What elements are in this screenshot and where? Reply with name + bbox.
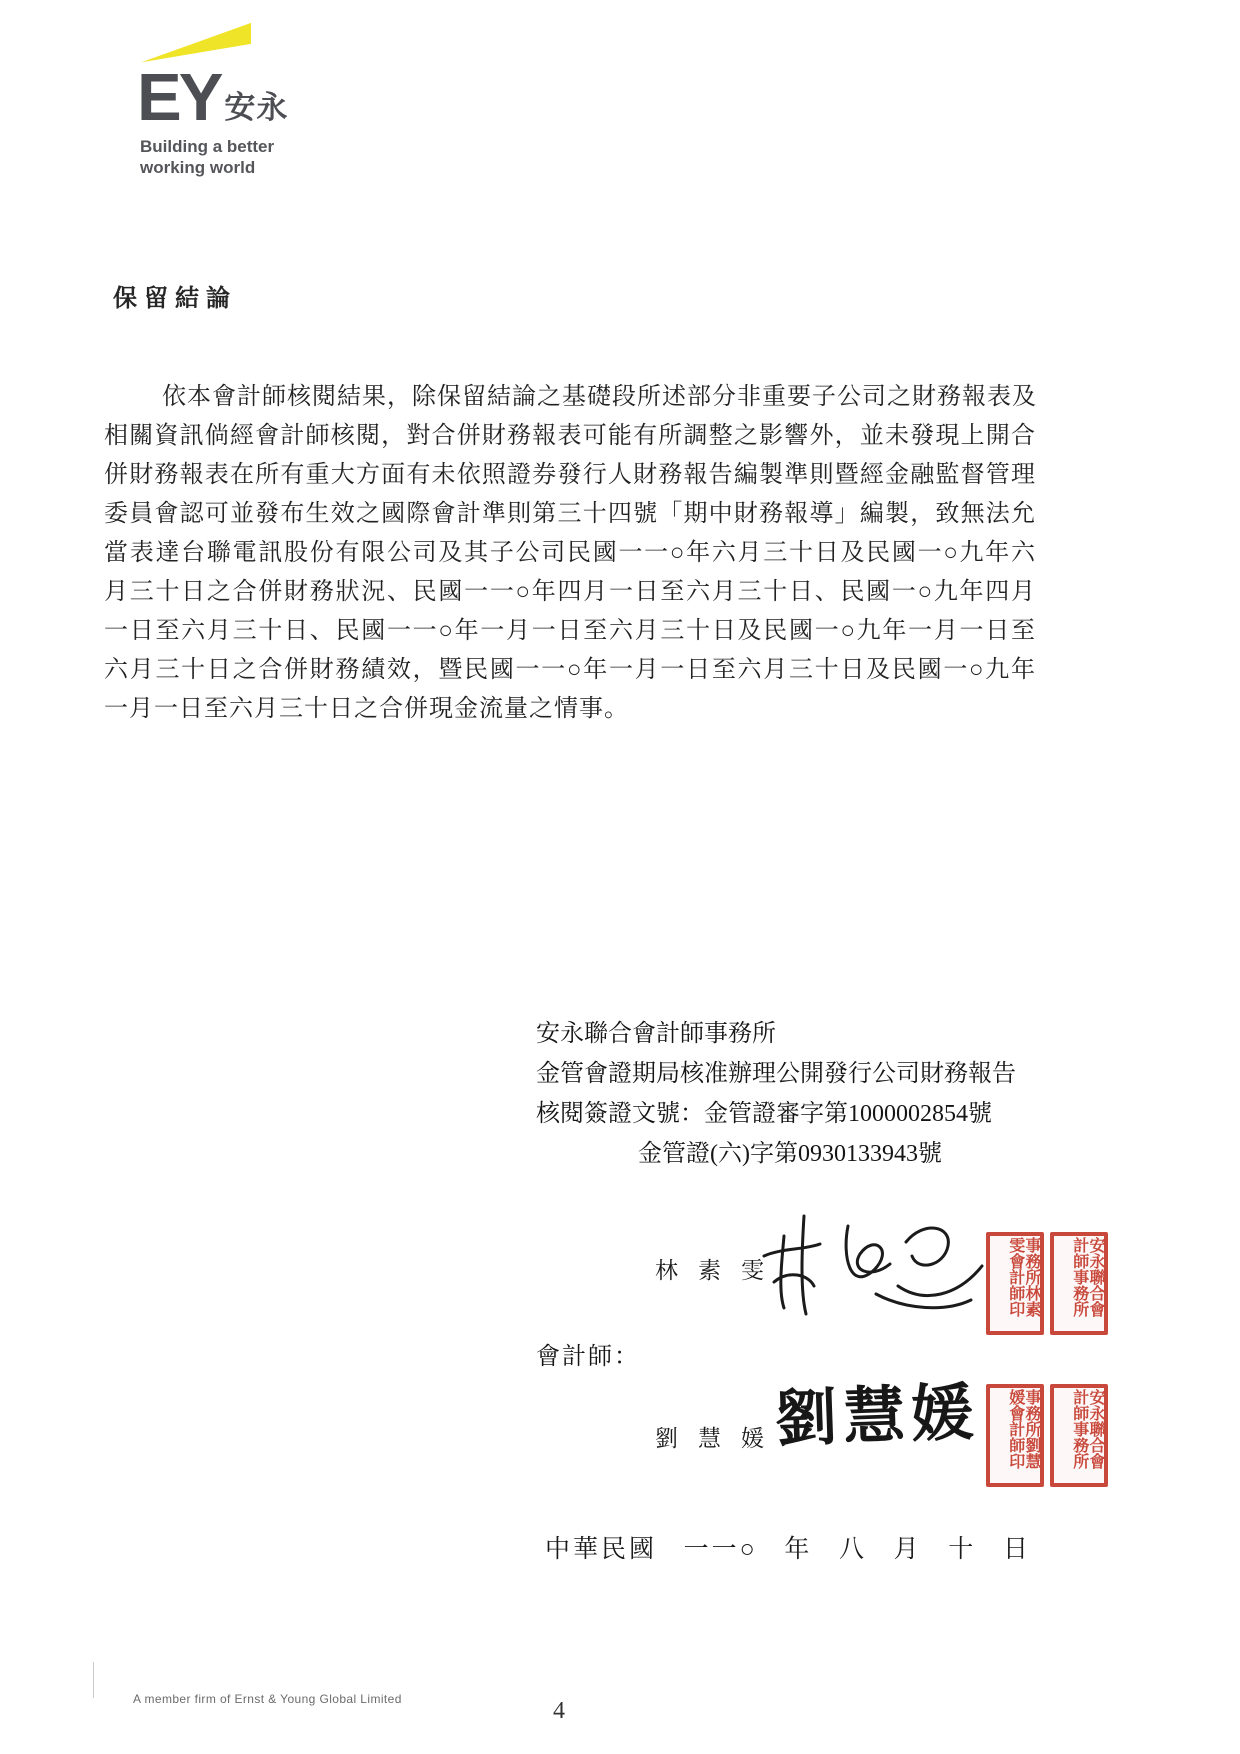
- date-month-unit: 月: [894, 1529, 922, 1565]
- paragraph-line: 一日至六月三十日、民國一一○年一月一日至六月三十日及民國一○九年一月一日至: [104, 612, 1036, 651]
- conclusion-paragraph: 依本會計師核閱結果，除保留結論之基礎段所述部分非重要子公司之財務報表及 相關資訊…: [104, 378, 1036, 729]
- ey-logo-letters: EY: [137, 66, 220, 130]
- paragraph-line: 依本會計師核閱結果，除保留結論之基礎段所述部分非重要子公司之財務報表及: [104, 378, 1036, 417]
- member-firm-text: A member firm of Ernst & Young Global Li…: [133, 1692, 402, 1706]
- page-number: 4: [553, 1698, 565, 1725]
- red-seal-stamp: 事務所林素雯會計師印: [986, 1232, 1044, 1335]
- red-seal-cluster-liu: 事務所劉慧媛會計師印 安永聯合會計師事務所: [986, 1384, 1108, 1487]
- footer-divider: [93, 1662, 94, 1698]
- paragraph-line: 相關資訊倘經會計師核閱，對合併財務報表可能有所調整之影響外，並未發現上開合: [104, 417, 1036, 456]
- paragraph-line: 併財務報表在所有重大方面有未依照證券發行人財務報告編製準則暨經金融監督管理: [104, 456, 1036, 495]
- paragraph-line: 月三十日之合併財務狀況、民國一一○年四月一日至六月三十日、民國一○九年四月: [104, 573, 1036, 612]
- date-era: 中華民國: [545, 1529, 657, 1565]
- cpa-name-liu: 劉慧媛: [655, 1420, 784, 1453]
- ey-logo: EY 安永: [137, 66, 288, 130]
- date-year-unit: 年: [784, 1529, 812, 1565]
- paragraph-line: 六月三十日之合併財務績效，暨民國一一○年一月一日至六月三十日及民國一○九年: [104, 651, 1036, 690]
- ey-tagline-line1: Building a better: [140, 137, 274, 158]
- date-day: 十: [948, 1529, 976, 1565]
- cpa-label: 會計師：: [536, 1336, 640, 1371]
- paragraph-line: 委員會認可並發布生效之國際會計準則第三十四號「期中財務報導」編製，致無法允: [104, 495, 1036, 534]
- review-doc-number-2: 金管證(六)字第0930133943號: [536, 1134, 1016, 1174]
- ey-tagline-line2: working world: [140, 158, 274, 179]
- ey-beam-icon: [141, 22, 251, 64]
- firm-block: 安永聯合會計師事務所 金管會證期局核准辦理公開發行公司財務報告 核閱簽證文號：金…: [536, 1014, 1016, 1174]
- firm-approval-line: 金管會證期局核准辦理公開發行公司財務報告: [536, 1054, 1016, 1094]
- red-seal-stamp: 安永聯合會計師事務所: [1050, 1232, 1108, 1335]
- paragraph-line: 一月一日至六月三十日之合併現金流量之情事。: [104, 690, 1036, 729]
- ey-tagline: Building a better working world: [140, 137, 274, 178]
- date-month: 八: [839, 1529, 867, 1565]
- paragraph-line: 當表達台聯電訊股份有限公司及其子公司民國一一○年六月三十日及民國一○九年六: [104, 534, 1036, 573]
- roc-date-line: 中華民國 一一○ 年 八 月 十 日: [545, 1529, 1031, 1565]
- review-doc-number: 核閱簽證文號：金管證審字第1000002854號: [536, 1094, 1016, 1134]
- red-seal-stamp: 安永聯合會計師事務所: [1050, 1384, 1108, 1487]
- handwritten-signature-liu: 劉慧媛: [774, 1362, 981, 1458]
- red-seal-stamp: 事務所劉慧媛會計師印: [986, 1384, 1044, 1487]
- date-year: 一一○: [684, 1529, 758, 1565]
- handwritten-signature-lin: [756, 1208, 986, 1326]
- date-day-unit: 日: [1003, 1529, 1031, 1565]
- firm-name: 安永聯合會計師事務所: [536, 1014, 1016, 1054]
- red-seal-cluster-lin: 事務所林素雯會計師印 安永聯合會計師事務所: [986, 1232, 1108, 1335]
- ey-logo-chinese: 安永: [224, 82, 288, 130]
- section-heading: 保留結論: [113, 278, 237, 313]
